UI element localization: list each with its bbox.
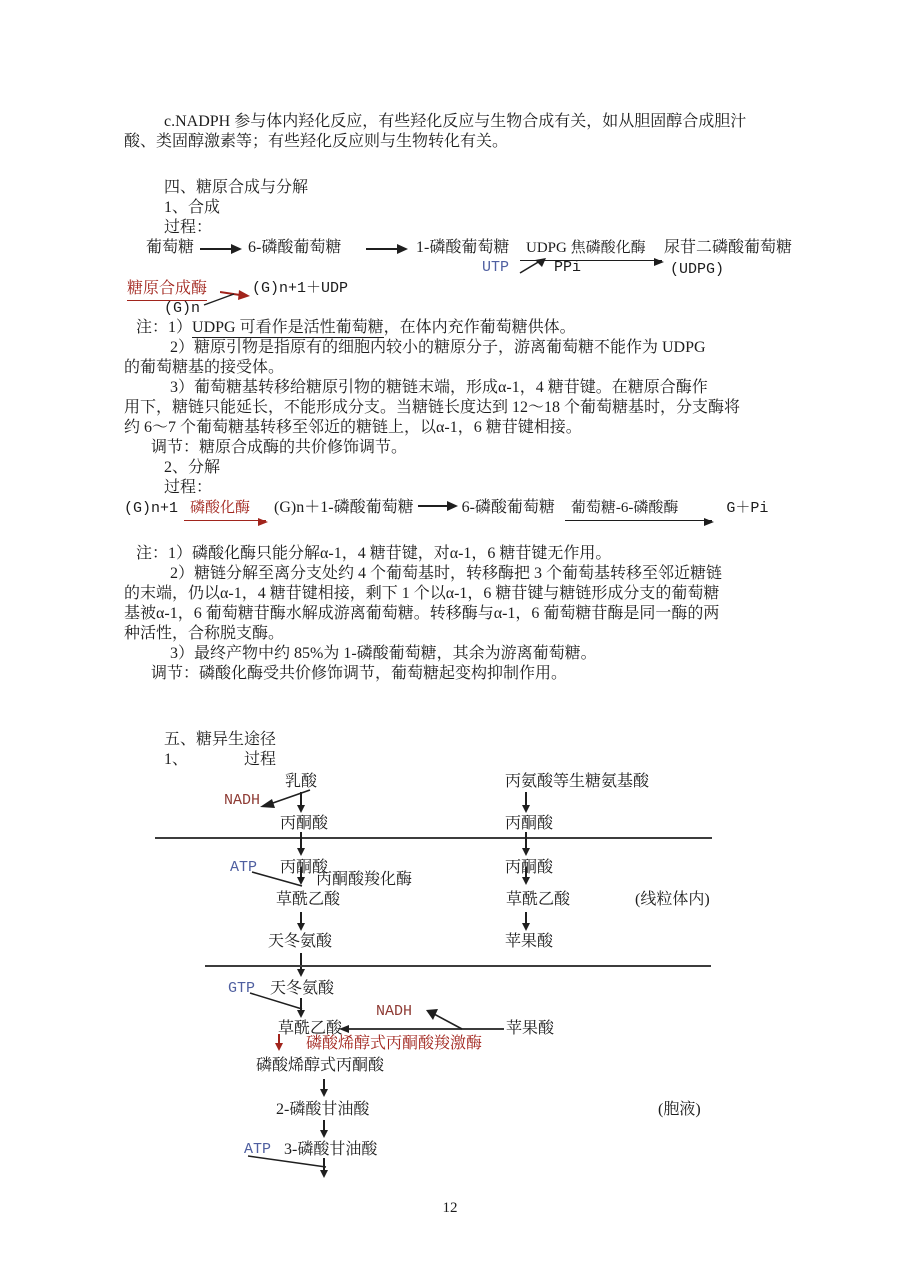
cofactor-nadh: NADH (224, 791, 260, 811)
connector-line (246, 1154, 330, 1172)
metabolite-malate: 苹果酸 (506, 1019, 554, 1039)
arrow-up-right-icon (518, 256, 550, 276)
synthesis-note1: 注：1）UDPG 可看作是活性葡萄糖，在体内充作葡萄糖供体。 (124, 318, 776, 338)
note-underlined-text: UDPG 可看作是活性葡萄糖 (192, 319, 384, 338)
section5-heading: 五、糖异生途径 (124, 730, 776, 750)
synthesis-note3a: 3）葡萄糖基转移给糖原引物的糖链末端，形成α-1，4 糖苷键。在糖原合酶作 (124, 378, 776, 398)
paragraph-nadph-line2: 酸、类固醇激素等；有些羟化反应则与生物转化有关。 (124, 132, 776, 152)
enzyme-pyruvate-carboxylase: 丙酮酸羧化酶 (316, 870, 412, 890)
compartment-cytosol-label: (胞液) (658, 1100, 701, 1120)
breakdown-note2b: 的末端，仍以α-1，4 糖苷键相接，剩下 1 个以α-1，6 糖苷键与糖链形成分… (124, 584, 776, 604)
process-label: 过程： (124, 218, 776, 238)
item-label: 过程 (244, 751, 276, 768)
metabolite-malate: 苹果酸 (505, 932, 553, 952)
arrow-down-icon (525, 832, 527, 848)
metabolite-pyruvate: 丙酮酸 (280, 814, 328, 834)
document-page: c.NADPH 参与体内羟化反应，有些羟化反应与生物合成有关，如从胆固醇合成胆汁… (0, 0, 900, 1272)
section4-heading: 四、糖原合成与分解 (124, 178, 776, 198)
spacer (124, 152, 776, 178)
udpg-abbreviation: (UDPG) (670, 260, 724, 280)
arrow-down-icon (323, 1158, 325, 1170)
synthesis-product: (G)n+1＋UDP (252, 279, 348, 299)
metabolite-glucogenic-aa: 丙氨酸等生糖氨基酸 (505, 772, 649, 792)
glycogen-synthesis-diagram: 葡萄糖 6-磷酸葡萄糖 1-磷酸葡萄糖 UDPG 焦磷酸化酶 尿苷二磷酸葡萄糖 … (124, 238, 776, 318)
arrow-bent-left-icon (256, 786, 314, 810)
section5-item: 1、过程 (124, 750, 776, 770)
arrow-down-icon (300, 832, 302, 848)
metabolite-pyruvate: 丙酮酸 (505, 858, 553, 878)
metabolite-2-phosphoglycerate: 2-磷酸甘油酸 (276, 1100, 369, 1120)
arrow-down-icon (525, 912, 527, 923)
metabolite-pep: 磷酸烯醇式丙酮酸 (256, 1056, 384, 1076)
breakdown-note2c: 基被α-1，6 葡萄糖苷酶水解成游离葡萄糖。转移酶与α-1，6 葡萄糖苷酶是同一… (124, 604, 776, 624)
substrate-gn: (G)n (164, 299, 200, 319)
breakdown-regulation: 调节：磷酸化酶受共价修饰调节，葡萄糖起变构抑制作用。 (124, 664, 776, 684)
metabolite-pyruvate: 丙酮酸 (505, 814, 553, 834)
metabolite-aspartate: 天冬氨酸 (268, 932, 332, 952)
synthesis-note2a: 2）糖原引物是指原有的细胞内较小的糖原分子，游离葡萄糖不能作为 UDPG (124, 338, 776, 358)
arrow-down-icon (300, 867, 302, 877)
enzyme-glycogen-synthase: 糖原合成酶 (127, 279, 207, 301)
synthesis-title: 1、合成 (124, 198, 776, 218)
cofactor-utp: UTP (482, 258, 509, 278)
breakdown-note1: 注：1）磷酸化酶只能分解α-1，4 糖苷键，对α-1，6 糖苷键无作用。 (124, 544, 776, 564)
note-rest: ，在体内充作葡萄糖供体。 (384, 319, 576, 336)
arrow-down-icon (525, 867, 527, 877)
breakdown-product: G＋Pi (726, 499, 768, 519)
reactant-glucose: 葡萄糖 (146, 238, 194, 258)
metabolite-oxaloacetate: 草酰乙酸 (276, 890, 340, 910)
connector-line (202, 292, 238, 308)
arrow-down-icon (323, 1079, 325, 1089)
arrow-down-icon (300, 792, 302, 805)
metabolite-g6p: 6-磷酸葡萄糖 (248, 238, 341, 258)
note-prefix: 注：1） (136, 319, 192, 336)
paragraph-nadph-line1: c.NADPH 参与体内羟化反应，有些羟化反应与生物合成有关，如从胆固醇合成胆汁 (124, 112, 776, 132)
arrow-down-icon (300, 953, 302, 969)
substrate-gn1: (G)n+1 (124, 499, 178, 519)
enzyme-pepck: 磷酸烯醇式丙酮酸羧激酶 (306, 1034, 482, 1054)
breakdown-note3: 3）最终产物中约 85%为 1-磷酸葡萄糖，其余为游离葡萄糖。 (124, 644, 776, 664)
synthesis-note3b: 用下，糖链只能延长，不能形成分支。当糖链长度达到 12～18 个葡萄糖基时，分支… (124, 398, 776, 418)
metabolite-g6p: 6-磷酸葡萄糖 (462, 498, 555, 518)
breakdown-title: 2、分解 (124, 458, 776, 478)
arrow-down-red-icon (278, 1034, 280, 1043)
arrow-right-icon (366, 243, 408, 255)
enzyme-phosphorylase: 磷酸化酶 (184, 498, 266, 521)
compartment-mitochondria-label: (线粒体内) (635, 890, 710, 910)
breakdown-note2a: 2）糖链分解至离分支处约 4 个葡萄基时，转移酶把 3 个葡萄基转移至邻近糖链 (124, 564, 776, 584)
page-number: 12 (124, 1198, 776, 1218)
arrow-down-icon (300, 998, 302, 1010)
item-number: 1、 (164, 751, 188, 768)
metabolite-g1p: 1-磷酸葡萄糖 (416, 238, 509, 258)
arrow-right-icon (418, 500, 458, 512)
intermediate-g1p: (G)n＋1-磷酸葡萄糖 (274, 498, 414, 518)
arrow-bent-up-icon (402, 1004, 466, 1032)
membrane-line (205, 965, 711, 967)
synthesis-regulation: 调节：糖原合成酶的共价修饰调节。 (124, 438, 776, 458)
breakdown-note2d: 种活性，合称脱支酶。 (124, 624, 776, 644)
process-label: 过程： (124, 478, 776, 498)
arrow-right-icon (200, 243, 242, 255)
enzyme-glucose-6-phosphatase: 葡萄糖-6-磷酸酶 (565, 498, 713, 521)
product-ppi: PPi (554, 258, 581, 278)
arrow-down-icon (300, 912, 302, 923)
glycogen-breakdown-diagram: (G)n+1 磷酸化酶 (G)n＋1-磷酸葡萄糖 6-磷酸葡萄糖 葡萄糖-6-磷… (124, 498, 776, 524)
product-udp-glucose: 尿苷二磷酸葡萄糖 (664, 238, 792, 258)
arrow-down-icon (525, 792, 527, 805)
synthesis-note3c: 约 6～7 个葡萄糖基转移至邻近的糖链上，以α-1，6 糖苷键相接。 (124, 418, 776, 438)
spacer (124, 684, 776, 730)
gluconeogenesis-pathway-diagram: 乳酸 丙氨酸等生糖氨基酸 NADH 丙酮酸 丙酮酸 ATP 丙酮酸 丙酮酸 丙酮… (120, 770, 776, 1190)
metabolite-oxaloacetate: 草酰乙酸 (506, 890, 570, 910)
membrane-line (155, 837, 712, 839)
synthesis-note2b: 的葡萄糖基的接受体。 (124, 358, 776, 378)
arrow-down-icon (323, 1120, 325, 1130)
